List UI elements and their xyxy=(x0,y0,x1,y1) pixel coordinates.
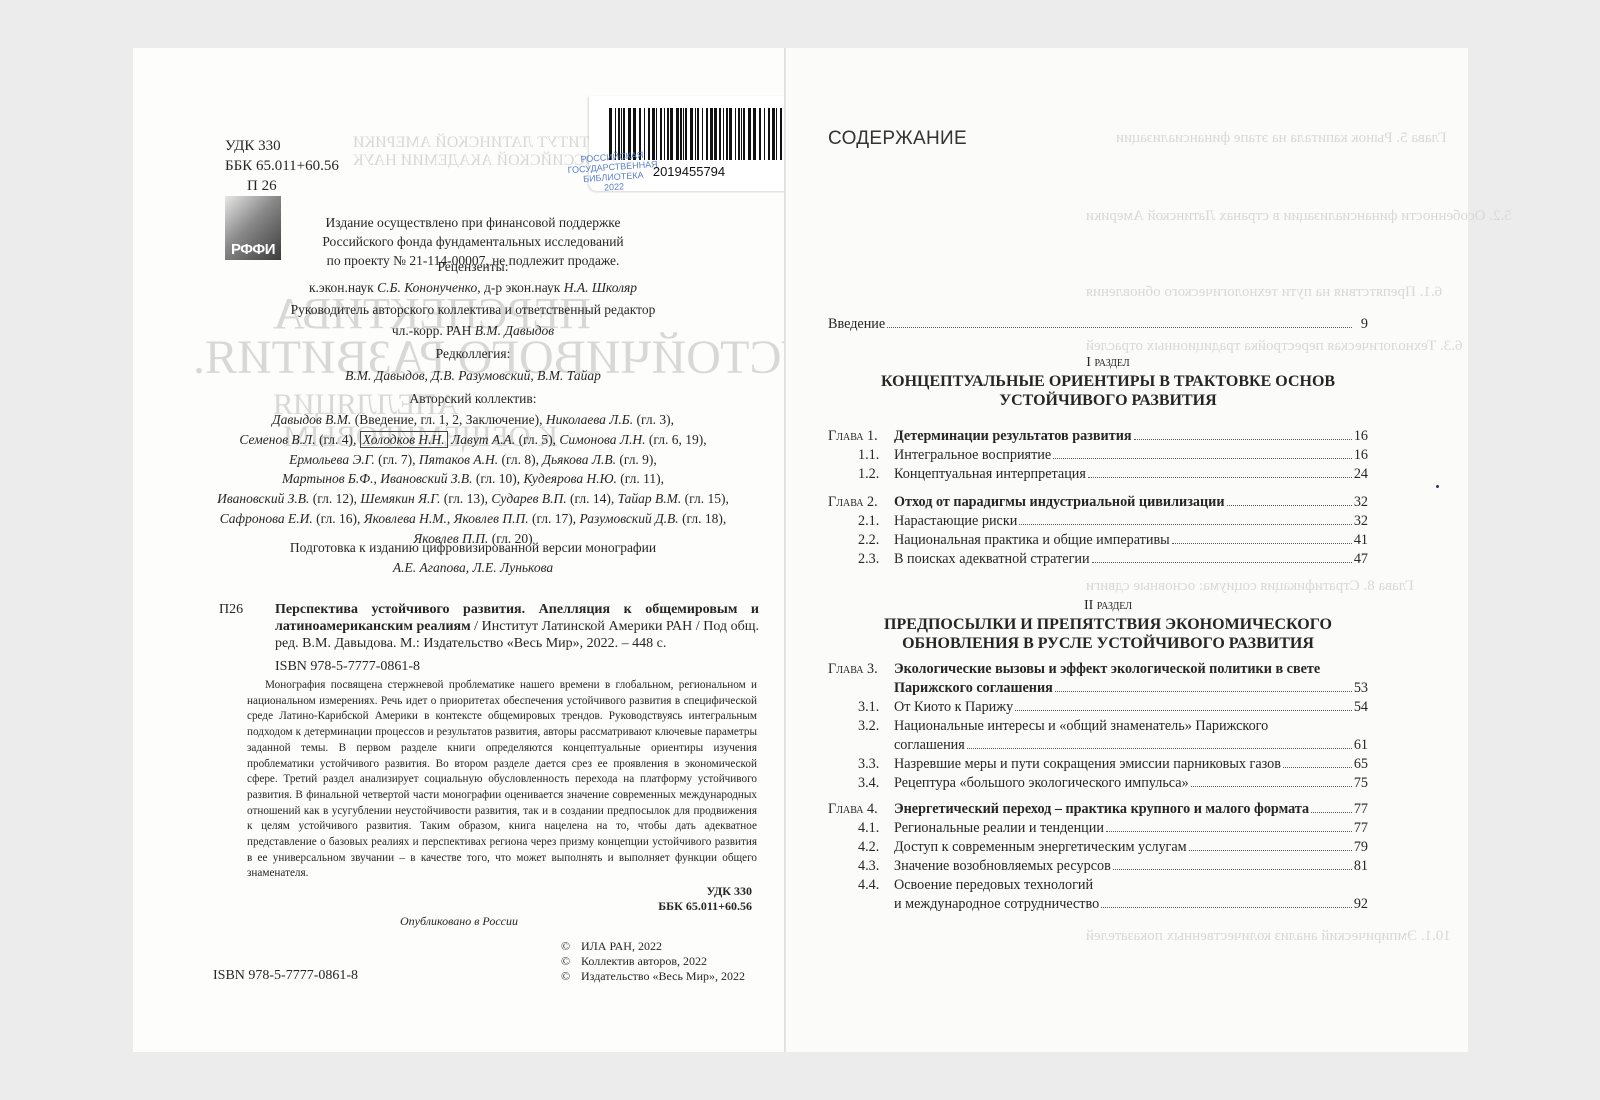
toc-item[interactable]: 1.1.Интегральное восприятие16 xyxy=(828,447,1368,466)
section-title: ПРЕДПОСЫЛКИ И ПРЕПЯТСТВИЯ ЭКОНОМИЧЕСКОГО xyxy=(828,615,1388,634)
board-members: В.М. Давыдов, Д.В. Разумовский, В.М. Тай… xyxy=(193,366,753,385)
copyright-text: ИЛА РАН, 2022 xyxy=(581,939,662,953)
author-role: (гл. 10), xyxy=(473,471,524,486)
author-name: Тайар В.М. xyxy=(618,491,682,506)
toc-entry-title: Региональные реалии и тенденции xyxy=(894,820,1104,837)
toc-entry-title: соглашения xyxy=(894,737,965,754)
item-number: 2.2. xyxy=(858,532,894,549)
chapter-label: Глава 2. xyxy=(828,494,894,511)
authors-line: Ивановский З.В. (гл. 12), Шемякин Я.Г. (… xyxy=(193,489,753,509)
author-role: (гл. 15), xyxy=(681,491,729,506)
dot-leader xyxy=(1053,457,1352,459)
toc-item[interactable]: 4.2.Доступ к современным энергетическим … xyxy=(828,839,1368,858)
pen-mark xyxy=(1436,485,1439,488)
toc-entry-title: От Киото к Парижу xyxy=(894,699,1013,716)
author-role: (гл. 3), xyxy=(633,412,674,427)
editor-heading: Руководитель авторского коллектива и отв… xyxy=(193,300,753,319)
authors-line: Ермольева Э.Г. (гл. 7), Пятаков А.Н. (гл… xyxy=(193,450,753,470)
author-name: Дьякова Л.В. xyxy=(542,452,616,467)
item-number: 3.2. xyxy=(858,718,894,735)
author-role: (гл. 17), xyxy=(529,511,580,526)
author-name: Николаева Л.Б. xyxy=(546,412,633,427)
toc-chapter[interactable]: Введение9 xyxy=(828,316,1368,335)
toc-item[interactable]: 3.3.Назревшие меры и пути сокращения эми… xyxy=(828,756,1368,775)
author-name: Сударев В.П. xyxy=(491,491,566,506)
bleed-through-text: 6.1. Препятствия на пути технологическог… xyxy=(1086,284,1442,301)
section-title: УСТОЙЧИВОГО РАЗВИТИЯ xyxy=(828,391,1388,410)
toc-item[interactable]: 2.2.Национальная практика и общие импера… xyxy=(828,532,1368,551)
toc-chapter[interactable]: Парижского соглашения53 xyxy=(828,680,1368,699)
bleed-through-text: Глава 5. Рынок капитала на этапе финанси… xyxy=(1116,130,1447,147)
library-stamp: РОССИЙСКАЯГОСУДАРСТВЕННАЯБИБЛИОТЕКА2022 xyxy=(557,148,670,196)
reviewers-heading: Рецензенты: xyxy=(193,257,753,276)
toc-chapter[interactable]: Глава 1.Детерминации результатов развити… xyxy=(828,428,1368,447)
author-name: Лавут А.А. xyxy=(451,432,515,447)
author-role: (гл. 12), xyxy=(309,491,360,506)
author-role: (гл. 6, 19), xyxy=(646,432,707,447)
section-title: КОНЦЕПТУАЛЬНЫЕ ОРИЕНТИРЫ В ТРАКТОВКЕ ОСН… xyxy=(828,372,1388,391)
page-number: 47 xyxy=(1354,551,1368,568)
author-name: Яковлева Н.М., Яковлев П.П. xyxy=(364,511,529,526)
left-page-imprint: ИНСТИТУТ ЛАТИНСКОЙ АМЕРИКИ РОССИЙСКОЙ АК… xyxy=(133,48,785,1052)
dot-leader xyxy=(1311,811,1352,813)
item-number: 4.3. xyxy=(858,858,894,875)
dot-leader xyxy=(1172,542,1352,544)
page-number: 79 xyxy=(1354,839,1368,856)
item-number: 4.4. xyxy=(858,877,894,894)
funding-line: Издание осуществлено при финансовой подд… xyxy=(193,213,753,232)
dot-leader xyxy=(1283,766,1352,768)
item-number: 1.2. xyxy=(858,466,894,483)
author-name: Мартынов Б.Ф., Ивановский З.В. xyxy=(282,471,473,486)
copyright-notices: ©ИЛА РАН, 2022©Коллектив авторов, 2022©И… xyxy=(561,939,745,984)
item-number: 4.1. xyxy=(858,820,894,837)
author-mark: П 26 xyxy=(225,176,339,196)
author-name: Пятаков А.Н. xyxy=(419,452,498,467)
page-number: 9 xyxy=(1354,316,1368,333)
toc-chapter[interactable]: Глава 4.Энергетический переход – практик… xyxy=(828,801,1368,820)
toc-item[interactable]: 2.1.Нарастающие риски32 xyxy=(828,513,1368,532)
toc-item[interactable]: соглашения61 xyxy=(828,737,1368,756)
author-role: (гл. 7), xyxy=(375,452,419,467)
copyright-line: ©ИЛА РАН, 2022 xyxy=(561,939,745,954)
section-heading: I разделКОНЦЕПТУАЛЬНЫЕ ОРИЕНТИРЫ В ТРАКТ… xyxy=(828,353,1388,410)
page-number: 53 xyxy=(1354,680,1368,697)
author-name: Холодков Н.Н. xyxy=(360,431,448,448)
page-number: 65 xyxy=(1354,756,1368,773)
page-number: 32 xyxy=(1354,494,1368,511)
toc-entry-title: и международное сотрудничество xyxy=(894,896,1099,913)
toc-item[interactable]: 1.2.Концептуальная интерпретация24 xyxy=(828,466,1368,485)
item-number: 3.1. xyxy=(858,699,894,716)
author-role: (гл. 9), xyxy=(616,452,657,467)
author-name: Давыдов В.М. xyxy=(272,412,351,427)
toc-item[interactable]: 3.1.От Киото к Парижу54 xyxy=(828,699,1368,718)
author-role: (гл. 11), xyxy=(617,471,664,486)
chapter-label: Глава 3. xyxy=(828,661,894,678)
section-number: I раздел xyxy=(828,353,1388,372)
copyright-icon: © xyxy=(561,954,581,969)
dot-leader xyxy=(1088,476,1352,478)
author-role: (гл. 5), xyxy=(515,432,559,447)
dot-leader xyxy=(1227,504,1352,506)
page-number: 24 xyxy=(1354,466,1368,483)
dot-leader xyxy=(1101,906,1352,908)
toc-item[interactable]: 4.3.Значение возобновляемых ресурсов81 xyxy=(828,858,1368,877)
author-name: Ивановский З.В. xyxy=(217,491,309,506)
author-name: Ермольева Э.Г. xyxy=(289,452,375,467)
page-number: 77 xyxy=(1354,801,1368,818)
toc-entry-title: Назревшие меры и пути сокращения эмиссии… xyxy=(894,756,1281,773)
toc-item[interactable]: 4.4.Освоение передовых технологий xyxy=(828,877,1368,896)
author-role: (гл. 16), xyxy=(313,511,364,526)
bleed-through-text: 10.1. Эмпирический анализ количественных… xyxy=(1086,928,1451,945)
copyright-icon: © xyxy=(561,969,581,984)
classification-codes-bottom: УДК 330 ББК 65.011+60.56 xyxy=(658,884,752,914)
author-name: Семенов В.Л. xyxy=(239,432,315,447)
author-role: (гл. 4), xyxy=(316,432,360,447)
author-role: (гл. 13), xyxy=(440,491,491,506)
contents-title: СОДЕРЖАНИЕ xyxy=(828,128,967,150)
toc-entry-title: Значение возобновляемых ресурсов xyxy=(894,858,1111,875)
toc-entry-title: Парижского соглашения xyxy=(894,680,1053,697)
author-role: (Введение, гл. 1, 2, Заключение), xyxy=(351,412,545,427)
toc-item[interactable]: и международное сотрудничество92 xyxy=(828,896,1368,915)
item-number: 2.3. xyxy=(858,551,894,568)
dot-leader xyxy=(887,326,1352,328)
item-number: 4.2. xyxy=(858,839,894,856)
copyright-icon: © xyxy=(561,939,581,954)
author-name: Сафронова Е.И. xyxy=(220,511,313,526)
toc-item[interactable]: 3.2.Национальные интересы и «общий знаме… xyxy=(828,718,1368,737)
author-name: Кудеярова Н.Ю. xyxy=(523,471,616,486)
chapter-label: Глава 4. xyxy=(828,801,894,818)
copyright-line: ©Коллектив авторов, 2022 xyxy=(561,954,745,969)
author-name: Симонова Л.Н. xyxy=(559,432,645,447)
dot-leader xyxy=(1055,690,1352,692)
page-number: 16 xyxy=(1354,428,1368,445)
authors-heading: Авторский коллектив: xyxy=(193,389,753,408)
authors-line: Мартынов Б.Ф., Ивановский З.В. (гл. 10),… xyxy=(193,469,753,489)
bleed-through-text: ИНСТИТУТ ЛАТИНСКОЙ АМЕРИКИ xyxy=(353,134,623,152)
item-number: 2.1. xyxy=(858,513,894,530)
toc-entry-title: Концептуальная интерпретация xyxy=(894,466,1086,483)
digital-names: А.Е. Агапова, Л.Е. Лунькова xyxy=(193,558,753,577)
page-number: 81 xyxy=(1354,858,1368,875)
page-number: 32 xyxy=(1354,513,1368,530)
authors-list: Давыдов В.М. (Введение, гл. 1, 2, Заключ… xyxy=(193,410,753,549)
toc-entry-title: Нарастающие риски xyxy=(894,513,1017,530)
bleed-through-text: 5.2. Особенности финансиализации в стран… xyxy=(1086,208,1512,225)
dot-leader xyxy=(967,747,1352,749)
toc-chapter[interactable]: Глава 3.Экологические вызовы и эффект эк… xyxy=(828,661,1368,680)
page-number: 16 xyxy=(1354,447,1368,464)
bbk-code: ББК 65.011+60.56 xyxy=(225,156,339,176)
abstract: Монография посвящена стержневой проблема… xyxy=(247,678,757,882)
toc-item[interactable]: 4.1.Региональные реалии и тенденции77 xyxy=(828,820,1368,839)
author-role: (гл. 18), xyxy=(679,511,727,526)
board-heading: Редколлегия: xyxy=(193,344,753,363)
authors-line: Давыдов В.М. (Введение, гл. 1, 2, Заключ… xyxy=(193,410,753,430)
published-in-russia: Опубликовано в России xyxy=(133,914,785,929)
udk-code: УДК 330 xyxy=(225,136,339,156)
section-title: ОБНОВЛЕНИЯ В РУСЛЕ УСТОЙЧИВОГО РАЗВИТИЯ xyxy=(828,634,1388,653)
copyright-text: Издательство «Весь Мир», 2022 xyxy=(581,969,745,983)
dot-leader xyxy=(1134,438,1352,440)
item-number: 1.1. xyxy=(858,447,894,464)
reviewers-line: к.экон.наук С.Б. Кононученко, д-р экон.н… xyxy=(193,278,753,297)
toc-entry-title: Освоение передовых технологий xyxy=(894,877,1093,894)
author-name: Разумовский Д.В. xyxy=(580,511,679,526)
toc-entry-title: Детерминации результатов развития xyxy=(894,428,1132,445)
dot-leader xyxy=(1092,561,1352,563)
page-number: 41 xyxy=(1354,532,1368,549)
isbn: ISBN 978-5-7777-0861-8 xyxy=(275,659,420,675)
toc-entry-title: Экологические вызовы и эффект экологичес… xyxy=(894,661,1320,678)
dot-leader xyxy=(1189,849,1352,851)
toc-entry-title: Интегральное восприятие xyxy=(894,447,1051,464)
toc-entry-title: В поисках адекватной стратегии xyxy=(894,551,1090,568)
copyright-line: ©Издательство «Весь Мир», 2022 xyxy=(561,969,745,984)
toc-entry-title: Национальная практика и общие императивы xyxy=(894,532,1170,549)
page-number: 77 xyxy=(1354,820,1368,837)
editor-line: чл.-корр. РАН В.М. Давыдов xyxy=(193,321,753,340)
toc-entry-title: Доступ к современным энергетическим услу… xyxy=(894,839,1187,856)
toc-entry-title: Энергетический переход – практика крупно… xyxy=(894,801,1309,818)
authors-line: Сафронова Е.И. (гл. 16), Яковлева Н.М., … xyxy=(193,509,753,529)
isbn-bottom: ISBN 978-5-7777-0861-8 xyxy=(213,968,358,984)
author-role: (гл. 14), xyxy=(567,491,618,506)
page-number: 75 xyxy=(1354,775,1368,792)
classification-codes: УДК 330 ББК 65.011+60.56 П 26 xyxy=(225,136,339,196)
dot-leader xyxy=(1015,709,1352,711)
section-heading: II разделПРЕДПОСЫЛКИ И ПРЕПЯТСТВИЯ ЭКОНО… xyxy=(828,596,1388,653)
author-role: (гл. 8), xyxy=(498,452,542,467)
section-number: II раздел xyxy=(828,596,1388,615)
item-number: 3.4. xyxy=(858,775,894,792)
dot-leader xyxy=(1106,830,1352,832)
toc-entry-title: Отход от парадигмы индустриальной цивили… xyxy=(894,494,1225,511)
chapter-label: Глава 1. xyxy=(828,428,894,445)
digital-heading: Подготовка к изданию цифровизированной в… xyxy=(193,538,753,557)
funding-line: Российского фонда фундаментальных исслед… xyxy=(193,232,753,251)
item-number: 3.3. xyxy=(858,756,894,773)
right-page-contents: Глава 5. Рынок капитала на этапе финанси… xyxy=(786,48,1468,1052)
toc-entry-title: Национальные интересы и «общий знаменате… xyxy=(894,718,1268,735)
dot-leader xyxy=(1113,868,1352,870)
bleed-through-text: Глава 8. Стратификация социума: основные… xyxy=(1086,578,1414,595)
dot-leader xyxy=(1019,523,1351,525)
page-number: 92 xyxy=(1354,896,1368,913)
toc-item[interactable]: 2.3.В поисках адекватной стратегии47 xyxy=(828,551,1368,570)
author-name: Шемякин Я.Г. xyxy=(360,491,440,506)
authors-line: Семенов В.Л. (гл. 4), Холодков Н.Н. Лаву… xyxy=(193,430,753,450)
page-number: 61 xyxy=(1354,737,1368,754)
toc-entry-title: Введение xyxy=(828,316,885,333)
bibliographic-record: П26 Перспектива устойчивого развития. Ап… xyxy=(219,601,759,652)
page-number: 54 xyxy=(1354,699,1368,716)
toc-chapter[interactable]: Глава 2.Отход от парадигмы индустриально… xyxy=(828,494,1368,513)
copyright-text: Коллектив авторов, 2022 xyxy=(581,954,707,968)
toc-entry-title: Рецептура «большого экологического импул… xyxy=(894,775,1189,792)
dot-leader xyxy=(1191,785,1352,787)
toc-item[interactable]: 3.4.Рецептура «большого экологического и… xyxy=(828,775,1368,794)
